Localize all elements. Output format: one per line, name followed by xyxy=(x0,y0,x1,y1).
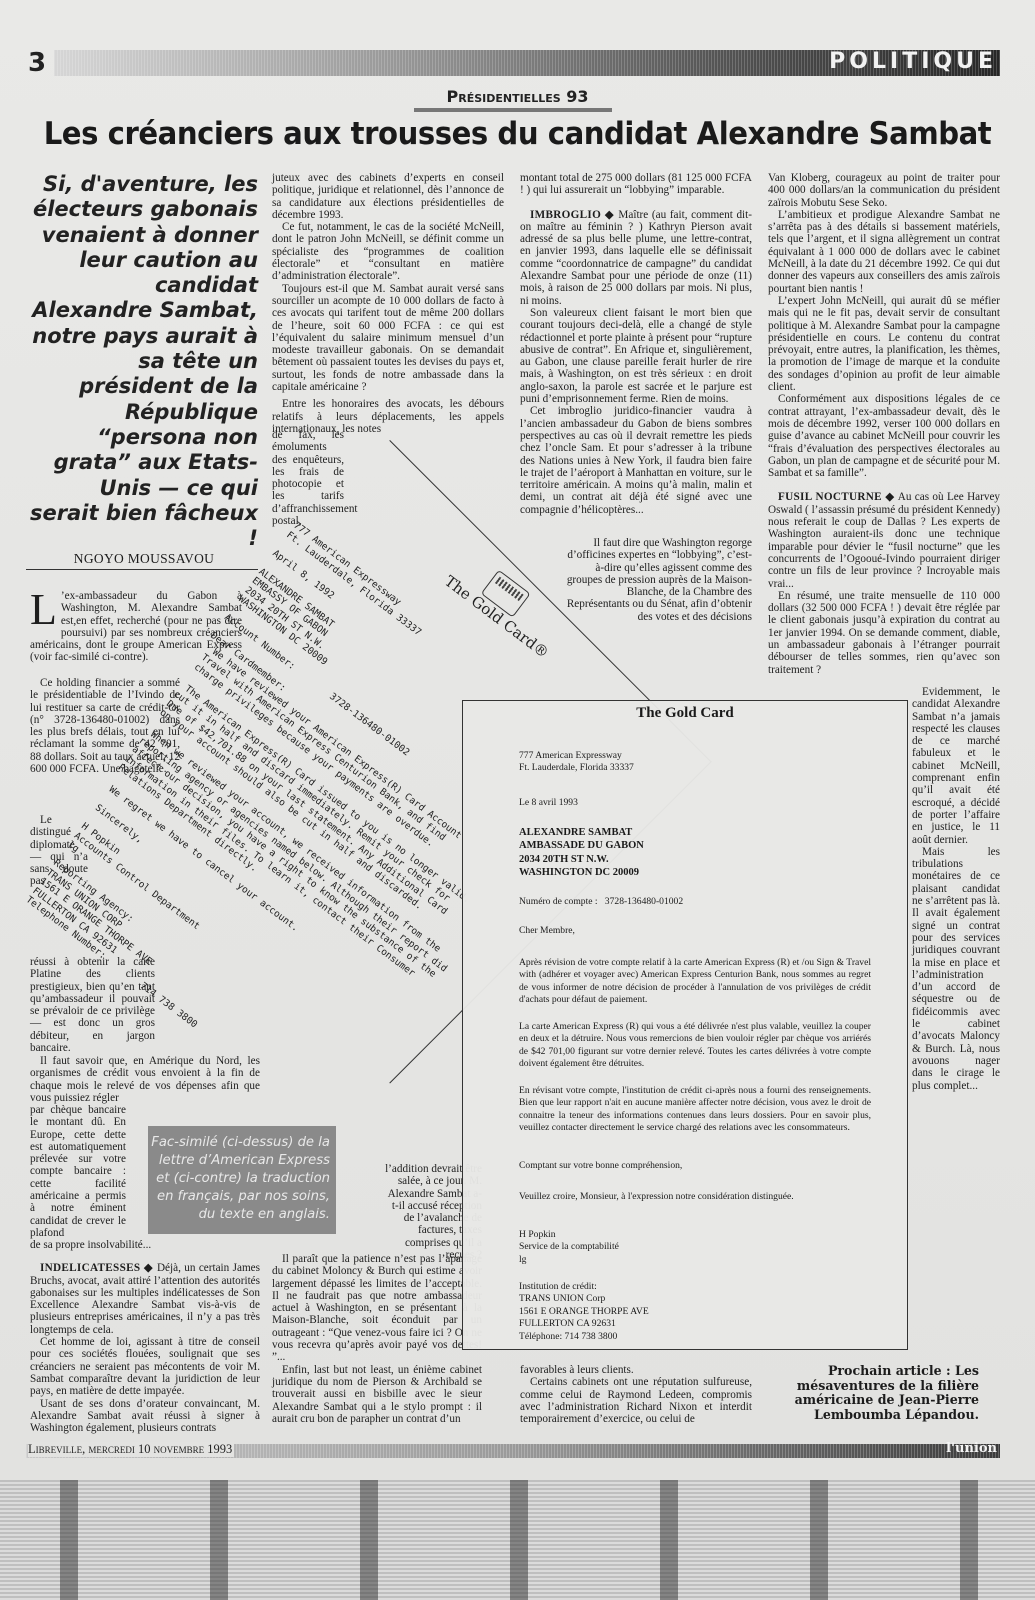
paragraph: Certains cabinets ont une réputation sul… xyxy=(520,1376,752,1425)
deck: Si, d'aventure, les électeurs gabonais v… xyxy=(30,172,258,551)
paragraph: par chèque bancaire le montant dû. En Eu… xyxy=(30,1104,126,1239)
letter-paragraph-3: En révisant votre compte, l'institution … xyxy=(519,1085,871,1135)
column-3-top: montant total de 275 000 dollars (81 125… xyxy=(520,172,752,516)
letter-closing-1: Comptant sur votre bonne compréhension, xyxy=(519,1160,871,1172)
paragraph: Toujours est-il que M. Sambat aurait ver… xyxy=(272,283,504,394)
letter-title: The Gold Card xyxy=(463,707,907,719)
letter-address: 777 American Expressway Ft. Lauderdale, … xyxy=(519,750,871,775)
letter-institution: Institution de crédit: TRANS UNION Corp … xyxy=(519,1281,871,1343)
byline-rule xyxy=(26,569,258,570)
column-2-top: juteux avec des cabinets d’experts en co… xyxy=(272,172,504,435)
newspaper-page: 3 POLITIQUE Présidentielles 93 Les créan… xyxy=(0,0,1035,1480)
column-1-amerique: Il faut savoir que, en Amérique du Nord,… xyxy=(30,1055,260,1104)
letter-signature: H Popkin Service de la comptabilité lg xyxy=(519,1229,871,1266)
paragraph: de sa propre insolvabilité... xyxy=(30,1239,260,1251)
paragraph: Van Kloberg, courageux au point de trait… xyxy=(768,172,1000,209)
letter-paragraph-2: La carte American Express (R) qui vous a… xyxy=(519,1021,871,1071)
section-label: POLITIQUE xyxy=(829,49,997,74)
column-2-bottom: Il paraît que la patience n’est pas l’ap… xyxy=(272,1253,482,1425)
subhead: FUSIL NOCTURNE ◆ xyxy=(778,491,895,503)
paragraph: Evidemment, le candidat Alexandre Sambat… xyxy=(912,686,1000,846)
letter-salutation: Cher Membre, xyxy=(519,925,871,937)
paragraph: L’ambitieux et prodigue Alexandre Sambat… xyxy=(768,209,1000,295)
paragraph-fusil-nocturne: FUSIL NOCTURNE ◆ Au cas où Lee Harvey Os… xyxy=(768,491,1000,589)
column-4-top: Van Kloberg, courageux au point de trait… xyxy=(768,172,1000,676)
paragraph: Ce fut, notamment, le cas de la société … xyxy=(272,221,504,282)
paragraph: Conformément aux dispositions légales de… xyxy=(768,393,1000,479)
paragraph: Cet homme de loi, agissant à titre de co… xyxy=(30,1336,260,1397)
dropcap: L xyxy=(30,592,57,628)
paragraph: Il paraît que la patience n’est pas l’ap… xyxy=(272,1253,482,1364)
next-article-teaser: Prochain article : Les mésaventures de l… xyxy=(739,1364,979,1422)
paragraph: L’expert John McNeill, qui aurait dû se … xyxy=(768,295,1000,393)
letter-recipient: ALEXANDRE SAMBAT AMBASSADE DU GABON 2034… xyxy=(519,826,871,879)
paragraph: juteux avec des cabinets d’experts en co… xyxy=(272,172,504,221)
paragraph-imbroglio: IMBROGLIO ◆ Maître (au fait, comment dit… xyxy=(520,209,752,307)
paragraph: Son valeureux client faisant le mort bie… xyxy=(520,307,752,405)
paragraph-indelicatesses: INDELICATESSES ◆ Déjà, un certain James … xyxy=(30,1262,260,1336)
photo-caption: Fac-similé (ci-dessus) de la lettre d’Am… xyxy=(148,1126,336,1234)
gold-card-letter: The Gold Card 777 American Expressway Ft… xyxy=(462,700,908,1350)
page-number: 3 xyxy=(28,48,46,78)
paragraph: En résumé, une traite mensuelle de 110 0… xyxy=(768,590,1000,676)
paragraph: Il faut savoir que, en Amérique du Nord,… xyxy=(30,1055,260,1104)
column-4-narrow: Evidemment, le candidat Alexandre Sambat… xyxy=(912,686,1000,1092)
headline: Les créanciers aux trousses du candidat … xyxy=(31,116,1004,152)
letter-date: Le 8 avril 1993 xyxy=(519,797,871,809)
kicker-rule xyxy=(414,108,612,112)
column-1-europe: par chèque bancaire le montant dû. En Eu… xyxy=(30,1104,126,1239)
paragraph: Enfin, last but not least, un énième cab… xyxy=(272,1364,482,1425)
paragraph: montant total de 275 000 dollars (81 125… xyxy=(520,172,752,197)
paragraph: Usant de ses dons d’orateur convaincant,… xyxy=(30,1398,260,1435)
footer-brand: l'union xyxy=(946,1441,997,1456)
kicker: Présidentielles 93 xyxy=(0,87,1035,106)
letter-closing-2: Veuillez croire, Monsieur, à l'expressio… xyxy=(519,1191,871,1203)
column-1-bottom: de sa propre insolvabilité... INDELICATE… xyxy=(30,1239,260,1434)
byline: NGOYO MOUSSAVOU xyxy=(30,551,258,567)
subhead: IMBROGLIO ◆ xyxy=(530,209,615,221)
footer-dateline: Libreville, mercredi 10 novembre 1993 xyxy=(28,1442,234,1457)
column-3-bottom: favorables à leurs clients. Certains cab… xyxy=(520,1364,752,1425)
paragraph: Cet imbroglio juridico-financier vaudra … xyxy=(520,405,752,516)
scan-artifact xyxy=(0,1480,1035,1600)
letter-account: Numéro de compte : 3728-136480-01002 xyxy=(519,896,871,908)
subhead: INDELICATESSES ◆ xyxy=(40,1262,154,1274)
paragraph: Mais les tribulations monétaires de ce p… xyxy=(912,846,1000,1092)
letter-paragraph-1: Après révision de votre compte relatif à… xyxy=(519,957,871,1007)
paragraph: favorables à leurs clients. xyxy=(520,1364,752,1376)
